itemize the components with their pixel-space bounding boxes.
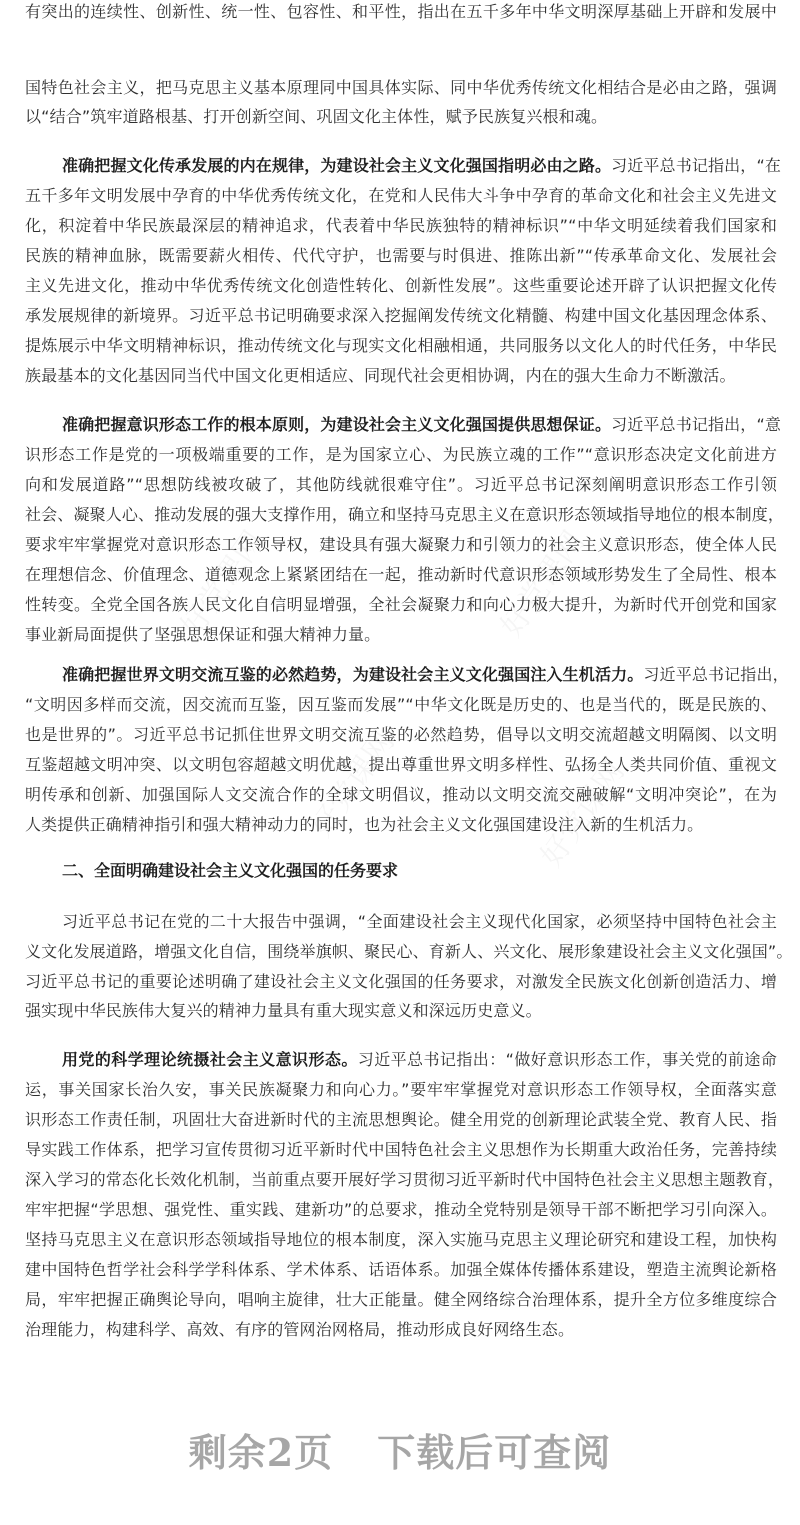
paragraph-line: 互鉴超越文明冲突、以文明包容超越文明优越，提出尊重世界文明多样性、弘扬全人类共同… [25,755,777,775]
intro-line: 国特色社会主义，把马克思主义基本原理同中国具体实际、同中华优秀传统文化相结合是必… [25,78,777,98]
intro-line: 以“结合”筑牢道路根基、打开创新空间、巩固文化主体性，赋予民族复兴根和魂。 [25,107,777,127]
paragraph-line: 向和发展道路”“思想防线被攻破了，其他防线就很难守住”。习近平总书记深刻阐明意识… [25,475,777,495]
paragraph-line: 五千多年文明发展中孕育的中华优秀传统文化，在党和人民伟大斗争中孕育的革命文化和社… [25,186,777,206]
paragraph-line: 民族的精神血脉，既需要薪火相传、代代守护，也需要与时俱进、推陈出新”“传承革命文… [25,246,777,266]
paragraph-line: 在理想信念、价值理念、道德观念上紧紧团结在一起，推动新时代意识形态领域形势发生了… [25,565,777,585]
paragraph-line: 义文化发展道路，增强文化自信，围绕举旗帜、聚民心、育新人、兴文化、展形象建设社会… [25,942,777,962]
paragraph-line: 族最基本的文化基因同当代中国文化更相适应、同现代社会更相协调，内在的强大生命力不… [25,366,777,386]
paragraph-line: 明传承和创新、加强国际人文交流合作的全球文明倡议，推动以文明交流交融破解“文明冲… [25,785,777,805]
document-page: 好党课网 好党课网 好党课网 好党课网 有突出的连续性、创新性、统一性、包容性、… [0,0,800,1525]
paragraph-line: 承发展规律的新境界。习近平总书记明确要求深入挖掘阐发传统文化精髓、构建中国文化基… [25,306,777,326]
section-heading: 二、全面明确建设社会主义文化强国的任务要求 [62,861,398,881]
paragraph-line: 识形态工作是党的一项极端重要的工作，是为国家立心、为民族立魂的工作”“意识形态决… [25,445,777,465]
paragraph-line: 社会、凝聚人心、推动发展的强大支撑作用，确立和坚持马克思主义在意识形态领域指导地… [25,505,777,525]
paragraph-line: 导实践工作体系，把学习宣传贯彻习近平新时代中国特色社会主义思想作为长期重大政治任… [25,1140,777,1160]
paragraph-heading: 准确把握世界文明交流互鉴的必然趋势，为建设社会主义文化强国注入生机活力。 [62,665,643,684]
paragraph-line: 强实现中华民族伟大复兴的精神力量具有重大现实意义和深远历史意义。 [25,1001,777,1021]
paragraph-line: 主义先进文化，推动中华优秀传统文化创造性转化、创新性发展”。这些重要论述开辟了认… [25,276,777,296]
paragraph-heading: 准确把握意识形态工作的根本原则，为建设社会主义文化强国提供思想保证。 [62,415,611,434]
paragraph-line: 也是世界的”。习近平总书记抓住世界文明交流互鉴的必然趋势，倡导以文明交流超越文明… [25,725,777,745]
paragraph-text: 习近平总书记指出，“意 [611,415,781,434]
paragraph-lead: 准确把握意识形态工作的根本原则，为建设社会主义文化强国提供思想保证。习近平总书记… [62,415,777,435]
paragraph-line: 人类提供正确精神指引和强大精神动力的同时，也为社会主义文化强国建设注入新的生机活… [25,815,777,835]
remaining-pages-label: 剩余2页 [189,1430,333,1475]
paragraph-lead: 准确把握文化传承发展的内在规律，为建设社会主义文化强国指明必由之路。习近平总书记… [62,156,777,176]
paragraph-line: “文明因多样而交流，因交流而互鉴，因互鉴而发展”“中华文化既是历史的、也是当代的… [25,695,777,715]
paragraph-line: 提炼展示中华文明精神标识，推动传统文化与现实文化相融相通，共同服务以文化人的时代… [25,336,777,356]
paragraph-text: 习近平总书记指出， [643,665,788,684]
paragraph-line: 习近平总书记的重要论述明确了建设社会主义文化强国的任务要求，对激发全民族文化创新… [25,972,777,992]
paragraph-text: 习近平总书记指出，“在 [611,156,781,175]
paragraph-line: 牢牢把握“学思想、强党性、重实践、建新功”的总要求，推动全党特别是领导干部不断把… [25,1200,777,1220]
paragraph-line: 坚持马克思主义在意识形态领域指导地位的根本制度，深入实施马克思主义理论研究和建设… [25,1230,777,1250]
paragraph-line: 要求牢牢掌握党对意识形态工作领导权，建设具有强大凝聚力和引领力的社会主义意识形态… [25,535,777,555]
paragraph-line: 性转变。全党全国各族人民文化自信明显增强，全社会凝聚力和向心力极大提升，为新时代… [25,595,777,615]
paragraph-lead: 准确把握世界文明交流互鉴的必然趋势，为建设社会主义文化强国注入生机活力。习近平总… [62,665,777,685]
paragraph-text: 习近平总书记指出：“做好意识形态工作，事关党的前途命 [358,1050,777,1069]
paragraph-lead: 用党的科学理论统摄社会主义意识形态。习近平总书记指出：“做好意识形态工作，事关党… [62,1050,777,1070]
download-to-read-label[interactable]: 下载后可查阅 [377,1430,611,1475]
paragraph-line: 事业新局面提供了坚强思想保证和强大精神力量。 [25,625,777,645]
paragraph-line: 建中国特色哲学社会科学学科体系、学术体系、话语体系。加强全媒体传播体系建设，塑造… [25,1260,777,1280]
download-prompt[interactable]: 剩余2页下载后可查阅 [0,1422,800,1477]
intro-line: 有突出的连续性、创新性、统一性、包容性、和平性，指出在五千多年中华文明深厚基础上… [25,2,777,22]
paragraph-line: 深入学习的常态化长效化机制，当前重点要开展好学习贯彻习近平新时代中国特色社会主义… [25,1170,777,1190]
paragraph-line: 局，牢牢把握正确舆论导向，唱响主旋律，壮大正能量。健全网络综合治理体系，提升全方… [25,1290,777,1310]
paragraph-heading: 准确把握文化传承发展的内在规律，为建设社会主义文化强国指明必由之路。 [62,156,611,175]
paragraph-line: 化，积淀着中华民族最深层的精神追求，代表着中华民族独特的精神标识”“中华文明延续… [25,216,777,236]
paragraph-heading: 用党的科学理论统摄社会主义意识形态。 [62,1050,358,1069]
paragraph-line: 识形态工作责任制，巩固壮大奋进新时代的主流思想舆论。健全用党的创新理论武装全党、… [25,1110,777,1130]
paragraph-line: 习近平总书记在党的二十大报告中强调，“全面建设社会主义现代化国家，必须坚持中国特… [62,912,777,932]
paragraph-line: 运，事关国家长治久安，事关民族凝聚力和向心力。”要牢牢掌握党对意识形态工作领导权… [25,1080,777,1100]
paragraph-line: 治理能力，构建科学、高效、有序的管网治网格局，推动形成良好网络生态。 [25,1320,777,1340]
